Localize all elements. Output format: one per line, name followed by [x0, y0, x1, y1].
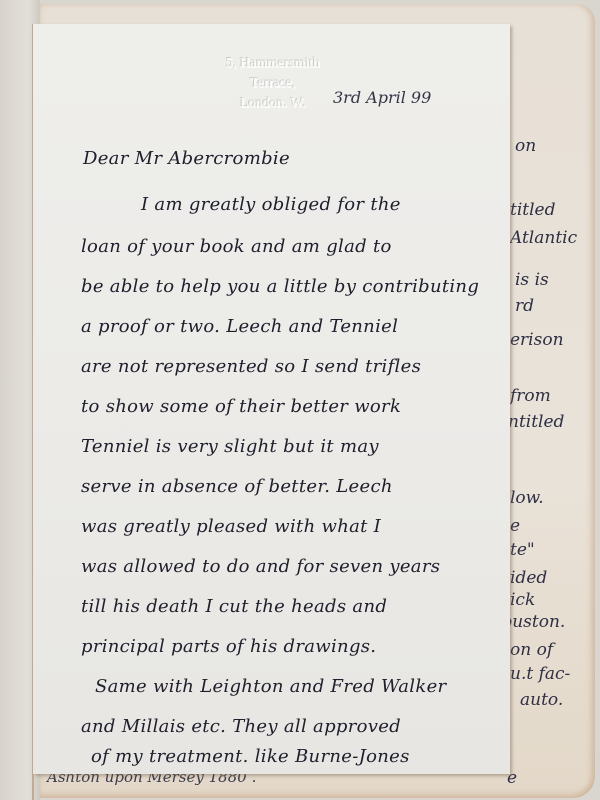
letter-line: Same with Leighton and Fred Walker — [95, 676, 446, 697]
letter-line: a proof or two. Leech and Tenniel — [81, 316, 398, 337]
letter-line: are not represented so I send trifles — [81, 356, 421, 377]
letter-date: 3rd April 99 — [333, 88, 431, 107]
letter-line: serve in absence of better. Leech — [81, 476, 393, 497]
salutation: Dear Mr Abercrombie — [83, 148, 290, 169]
back-page-fragment: is is — [515, 270, 549, 290]
letter-line: till his death I cut the heads and — [81, 596, 387, 617]
back-page-fragment: on of — [510, 640, 553, 660]
back-page-fragment: ntitled — [508, 412, 564, 432]
letter-line: Tenniel is very slight but it may — [81, 436, 379, 457]
letter-sheet: 5, Hammersmith Terrace, London. W. 3rd A… — [33, 24, 510, 774]
back-page-fragment: rd — [515, 296, 534, 316]
back-page-fragment: low. — [510, 488, 544, 508]
back-page-fragment: ick — [510, 590, 535, 610]
back-page-fragment: on — [515, 136, 536, 156]
embossed-letterhead: 5, Hammersmith Terrace, London. W. — [193, 54, 353, 114]
back-page-fragment: titled — [510, 200, 555, 220]
letter-line: I am greatly obliged for the — [141, 194, 401, 215]
back-page-fragment: from — [510, 386, 551, 406]
back-page-fragment: u.t fac- — [510, 664, 570, 684]
letter-line: to show some of their better work — [81, 396, 401, 417]
back-page-fragment: auto. — [520, 690, 563, 710]
letter-line: be able to help you a little by contribu… — [81, 276, 479, 297]
letter-line: and Millais etc. They all approved — [81, 716, 401, 737]
back-page-fragment: e — [510, 516, 520, 536]
letter-line: was allowed to do and for seven years — [81, 556, 440, 577]
back-page-fragment: ided — [510, 568, 547, 588]
back-page-fragment: ouston. — [502, 612, 565, 632]
back-page-fragment: te" — [510, 540, 535, 560]
letter-line: loan of your book and am glad to — [81, 236, 392, 257]
letter-line: of my treatment. like Burne-Jones — [91, 746, 410, 767]
letterhead-terrace: Terrace, — [193, 74, 353, 94]
letterhead-city: London. W. — [193, 94, 353, 114]
back-page-fragment: erison — [510, 330, 564, 350]
letter-line: principal parts of his drawings. — [81, 636, 376, 657]
letterhead-street: 5, Hammersmith — [193, 54, 353, 74]
letter-line: was greatly pleased with what I — [81, 516, 381, 537]
back-page-fragment: Atlantic — [510, 228, 577, 248]
